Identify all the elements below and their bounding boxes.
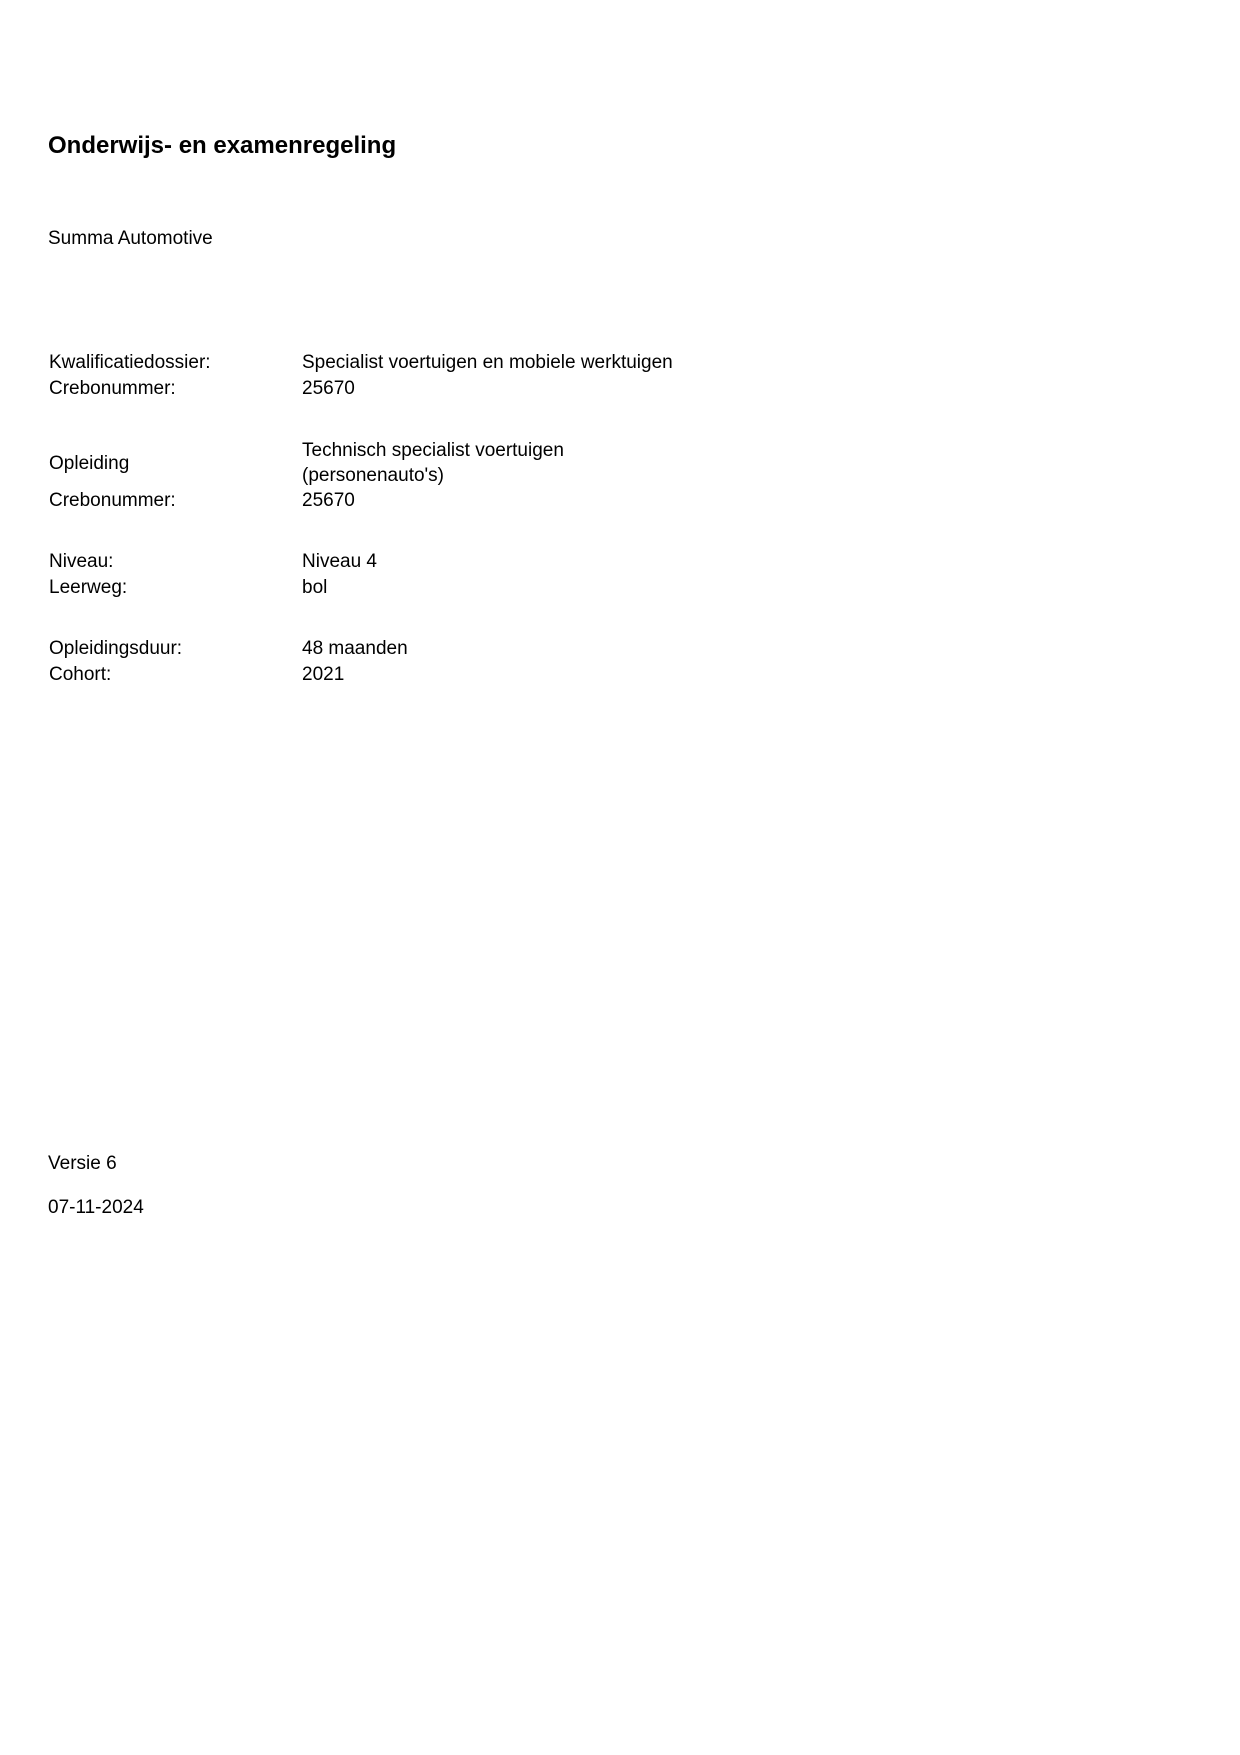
detail-label: Leerweg: xyxy=(49,575,302,601)
spacer xyxy=(49,514,749,549)
detail-label: Opleiding xyxy=(49,451,302,476)
detail-value: 48 maanden xyxy=(302,636,749,662)
detail-label: Kwalificatiedossier: xyxy=(49,350,302,376)
detail-row-kwalificatiedossier: Kwalificatiedossier: Specialist voertuig… xyxy=(49,350,749,376)
detail-value: bol xyxy=(302,575,749,601)
detail-row-crebonummer-dossier: Crebonummer: 25670 xyxy=(49,376,749,402)
detail-label: Opleidingsduur: xyxy=(49,636,302,662)
detail-label: Cohort: xyxy=(49,662,302,688)
spacer xyxy=(49,402,749,438)
detail-value: 25670 xyxy=(302,488,749,514)
detail-row-crebonummer-opleiding: Crebonummer: 25670 xyxy=(49,488,749,514)
document-title: Onderwijs- en examenregeling xyxy=(48,131,396,161)
detail-label: Niveau: xyxy=(49,549,302,575)
detail-label: Crebonummer: xyxy=(49,376,302,402)
detail-value: 2021 xyxy=(302,662,749,688)
detail-label: Crebonummer: xyxy=(49,488,302,514)
detail-value: 25670 xyxy=(302,376,749,402)
detail-value: Niveau 4 xyxy=(302,549,749,575)
detail-value-line: (personenauto's) xyxy=(302,463,749,488)
spacer xyxy=(49,601,749,636)
detail-row-opleiding: Opleiding Technisch specialist voertuige… xyxy=(49,438,749,488)
document-date: 07-11-2024 xyxy=(48,1196,144,1220)
organization-name: Summa Automotive xyxy=(48,227,213,251)
document-version: Versie 6 xyxy=(48,1152,117,1176)
detail-row-cohort: Cohort: 2021 xyxy=(49,662,749,688)
detail-row-leerweg: Leerweg: bol xyxy=(49,575,749,601)
detail-value: Technisch specialist voertuigen (persone… xyxy=(302,438,749,488)
detail-row-niveau: Niveau: Niveau 4 xyxy=(49,549,749,575)
detail-row-opleidingsduur: Opleidingsduur: 48 maanden xyxy=(49,636,749,662)
document-details: Kwalificatiedossier: Specialist voertuig… xyxy=(49,350,749,688)
detail-value: Specialist voertuigen en mobiele werktui… xyxy=(302,350,749,376)
detail-value-line: Technisch specialist voertuigen xyxy=(302,438,749,463)
